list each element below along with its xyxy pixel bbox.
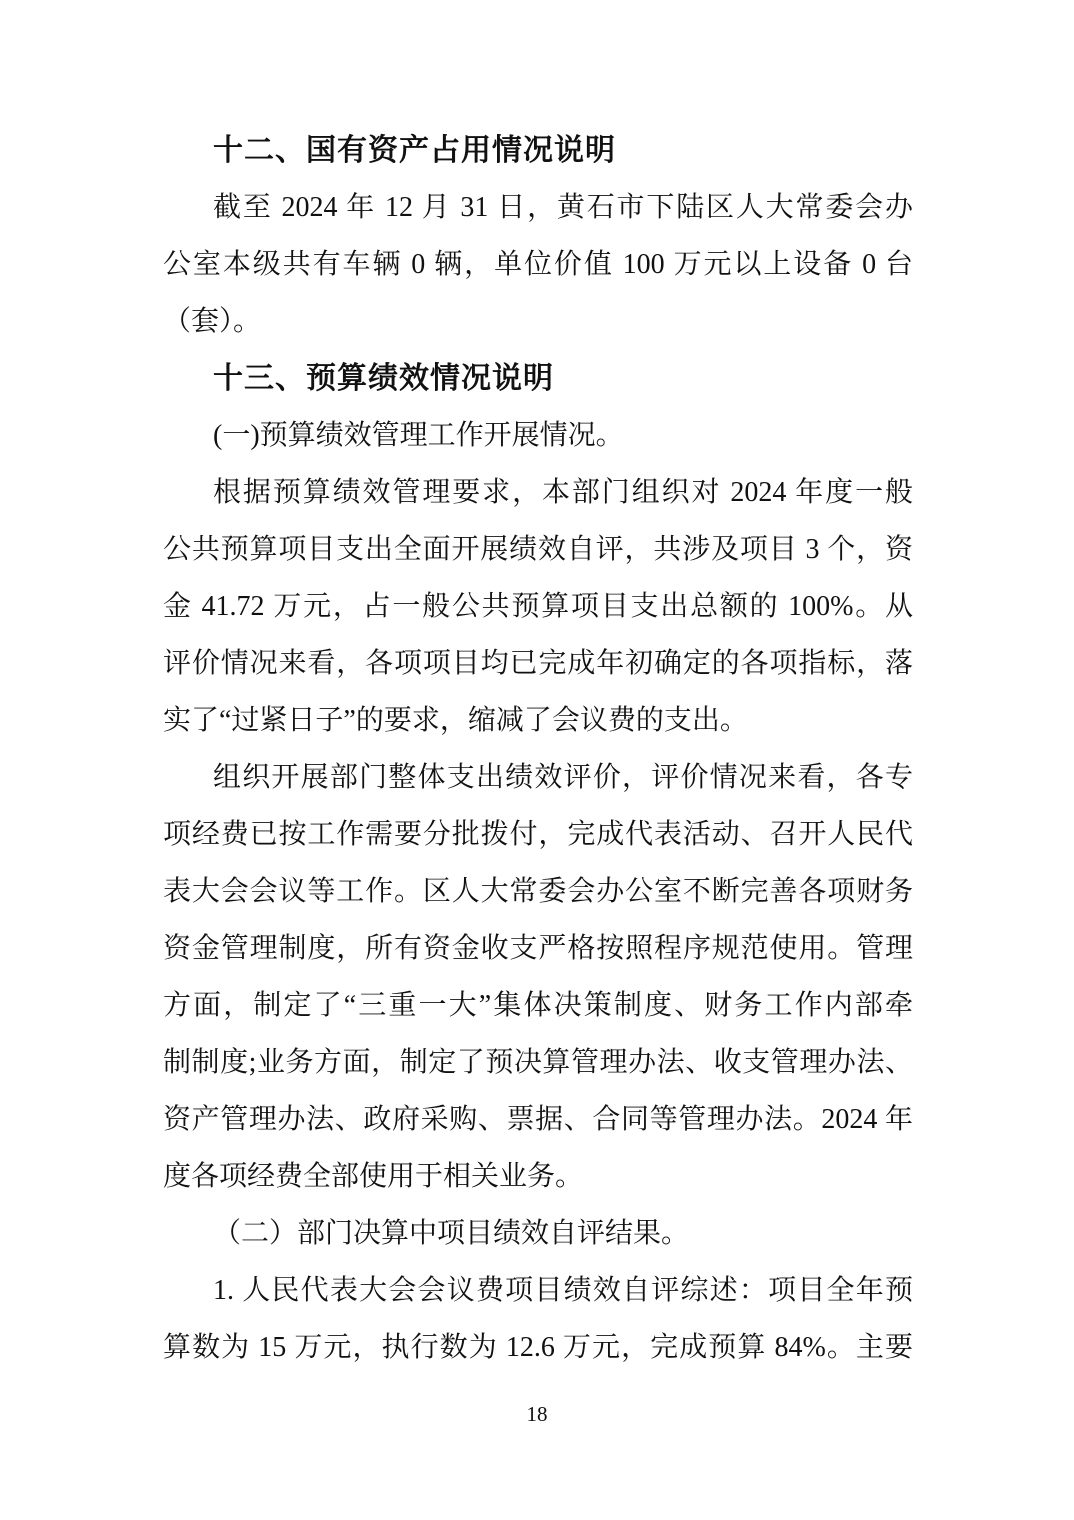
paragraph-line: 公共预算项目支出全面开展绩效自评，共涉及项目 3 个，资: [163, 521, 913, 578]
paragraph-line: 表大会会议等工作。区人大常委会办公室不断完善各项财务: [163, 863, 913, 920]
paragraph-line: 根据预算绩效管理要求，本部门组织对 2024 年度一般: [163, 464, 913, 521]
paragraph-line: (一)预算绩效管理工作开展情况。: [163, 407, 913, 464]
paragraph-line: 算数为 15 万元，执行数为 12.6 万元，完成预算 84%。主要: [163, 1319, 913, 1376]
section-heading-12: 十二、国有资产占用情况说明: [163, 122, 913, 179]
paragraph-line: 评价情况来看，各项项目均已完成年初确定的各项指标，落: [163, 635, 913, 692]
paragraph-line: （套）。: [163, 293, 913, 350]
paragraph-line: 组织开展部门整体支出绩效评价，评价情况来看，各专: [163, 749, 913, 806]
paragraph-line: （二）部门决算中项目绩效自评结果。: [163, 1205, 913, 1262]
paragraph-line: 度各项经费全部使用于相关业务。: [163, 1148, 913, 1205]
paragraph-line: 制制度;业务方面，制定了预决算管理办法、收支管理办法、: [163, 1034, 913, 1091]
document-page: 十二、国有资产占用情况说明 截至 2024 年 12 月 31 日，黄石市下陆区…: [0, 0, 1074, 1520]
paragraph-line: 资金管理制度，所有资金收支严格按照程序规范使用。管理: [163, 920, 913, 977]
paragraph-line: 金 41.72 万元，占一般公共预算项目支出总额的 100%。从: [163, 578, 913, 635]
paragraph-line: 资产管理办法、政府采购、票据、合同等管理办法。2024 年: [163, 1091, 913, 1148]
paragraph-line: 方面，制定了“三重一大”集体决策制度、财务工作内部牵: [163, 977, 913, 1034]
paragraph-line: 项经费已按工作需要分批拨付，完成代表活动、召开人民代: [163, 806, 913, 863]
paragraph-line: 实了“过紧日子”的要求，缩减了会议费的支出。: [163, 692, 913, 749]
page-number: 18: [0, 1402, 1074, 1427]
paragraph-line: 截至 2024 年 12 月 31 日，黄石市下陆区人大常委会办: [163, 179, 913, 236]
paragraph-line: 公室本级共有车辆 0 辆，单位价值 100 万元以上设备 0 台: [163, 236, 913, 293]
document-body: 十二、国有资产占用情况说明 截至 2024 年 12 月 31 日，黄石市下陆区…: [163, 122, 913, 1376]
paragraph-line: 1. 人民代表大会会议费项目绩效自评综述：项目全年预: [163, 1262, 913, 1319]
section-heading-13: 十三、预算绩效情况说明: [163, 350, 913, 407]
